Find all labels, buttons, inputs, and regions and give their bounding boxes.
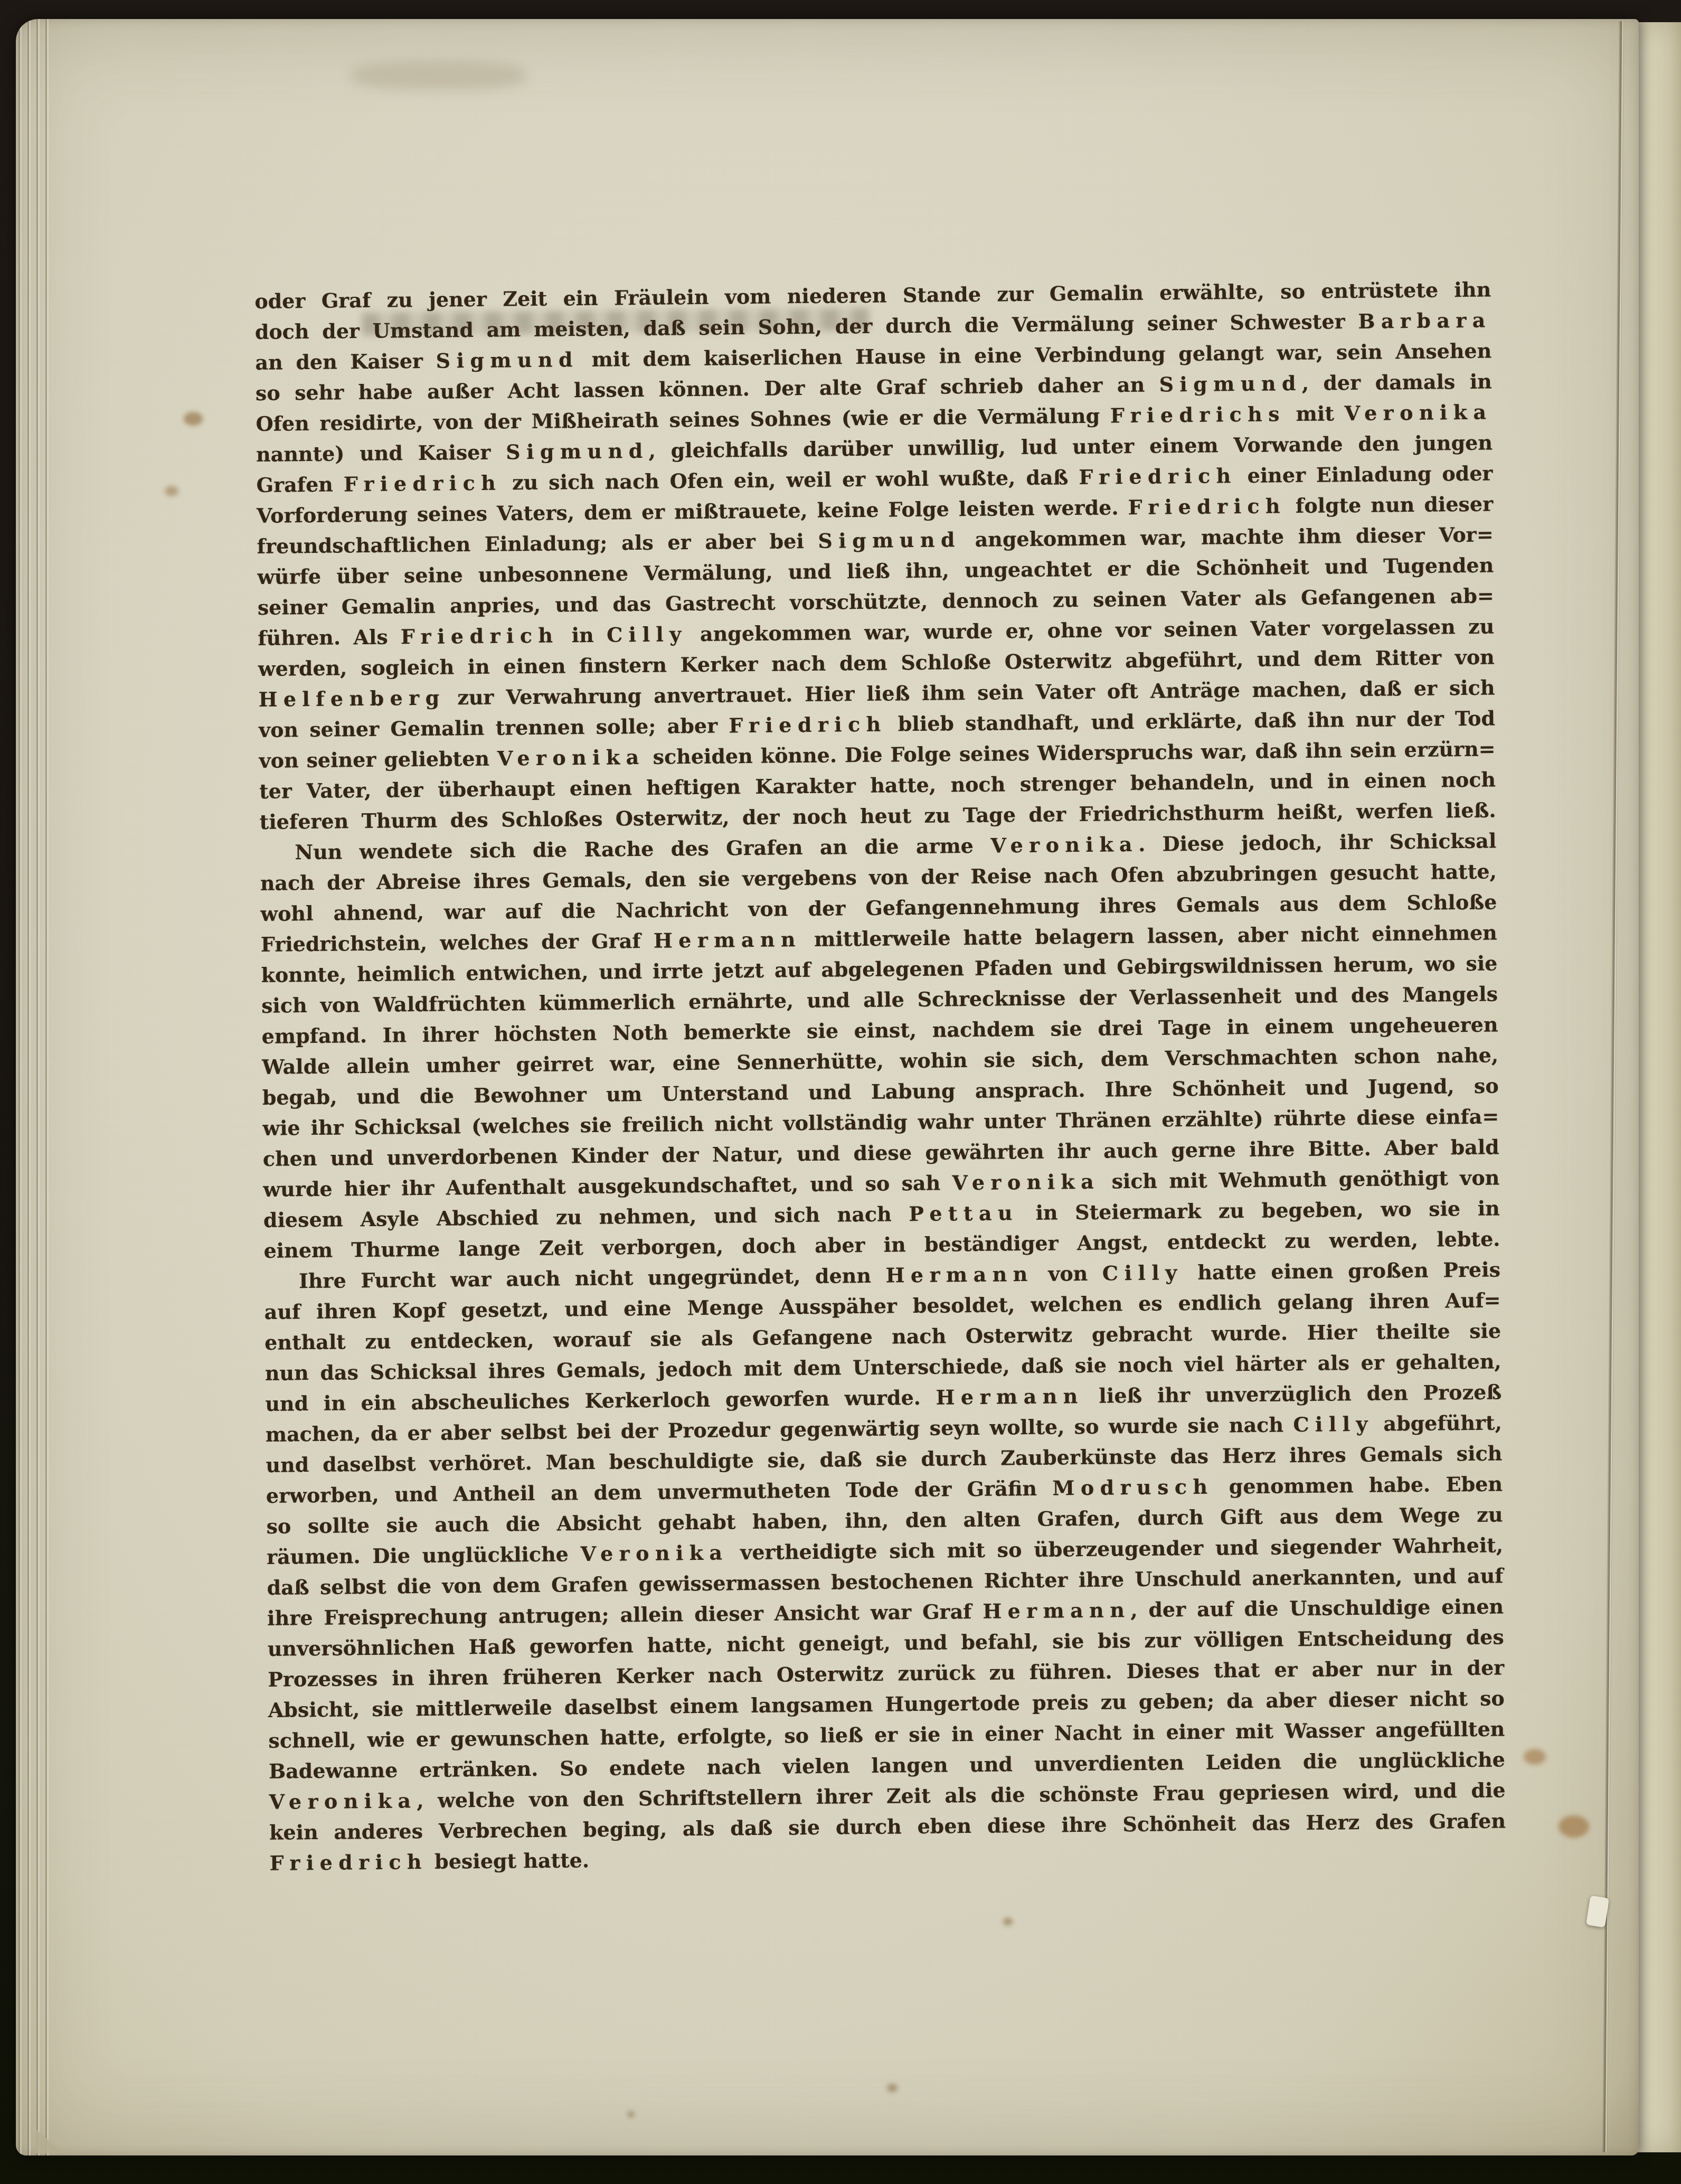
letterspaced-name: Veronika bbox=[497, 745, 645, 770]
letterspaced-name: Hermann bbox=[983, 1598, 1130, 1623]
letterspaced-name: Veronika bbox=[269, 1788, 417, 1814]
dog-ear-fold bbox=[36, 2129, 63, 2153]
letterspaced-name: Cilly bbox=[1102, 1260, 1183, 1285]
stain bbox=[184, 412, 203, 426]
letterspaced-name: Barbara bbox=[1358, 308, 1491, 333]
letterspaced-name: Modrusch bbox=[1052, 1475, 1213, 1500]
letterspaced-name: Cilly bbox=[607, 622, 687, 646]
stain bbox=[887, 2084, 898, 2092]
letterspaced-name: Friedrich bbox=[401, 623, 559, 648]
letterspaced-name: Friedrich bbox=[344, 471, 502, 496]
stain bbox=[627, 2111, 635, 2117]
letterspaced-name: Veronika bbox=[952, 1170, 1100, 1195]
letterspaced-name: Friedrich bbox=[729, 712, 887, 738]
letterspaced-name: Sigmund bbox=[506, 439, 649, 464]
letterspaced-name: Cilly bbox=[1293, 1412, 1374, 1436]
letterspaced-name: Hermann bbox=[885, 1262, 1033, 1287]
letterspaced-name: Veronika bbox=[580, 1540, 728, 1566]
letterspaced-name: Friedrich bbox=[1079, 464, 1237, 489]
book-page: oder Graf zu jener Zeit ein Fräulein vom… bbox=[16, 19, 1639, 2155]
letterspaced-name: Hermann bbox=[936, 1384, 1083, 1409]
letterspaced-name: Pettau bbox=[909, 1201, 1018, 1226]
paper-smudge bbox=[352, 61, 526, 90]
page-stack-edges bbox=[16, 19, 51, 2155]
letterspaced-name: Sigmund bbox=[1159, 371, 1302, 397]
letterspaced-name: Friedrich bbox=[269, 1850, 428, 1875]
letterspaced-name: Veronika bbox=[1344, 400, 1492, 426]
letterspaced-name: Friedrichs bbox=[1110, 402, 1286, 427]
page-text: oder Graf zu jener Zeit ein Fräulein vom… bbox=[254, 275, 1506, 1879]
letterspaced-name: Helfenberg bbox=[258, 686, 445, 711]
stain bbox=[1559, 1815, 1589, 1838]
stain bbox=[165, 486, 178, 496]
letterspaced-name: Sigmund bbox=[818, 528, 961, 553]
letterspaced-name: Veronika bbox=[990, 832, 1138, 858]
letterspaced-name: Hermann bbox=[654, 927, 801, 953]
stain bbox=[1003, 1918, 1013, 1925]
letterspaced-name: Friedrich bbox=[1128, 494, 1286, 519]
scanned-book-photo: { "palette": { "background_dark": "#1713… bbox=[0, 0, 1681, 2184]
letterspaced-name: Sigmund bbox=[436, 347, 579, 373]
stain bbox=[1524, 1749, 1546, 1765]
